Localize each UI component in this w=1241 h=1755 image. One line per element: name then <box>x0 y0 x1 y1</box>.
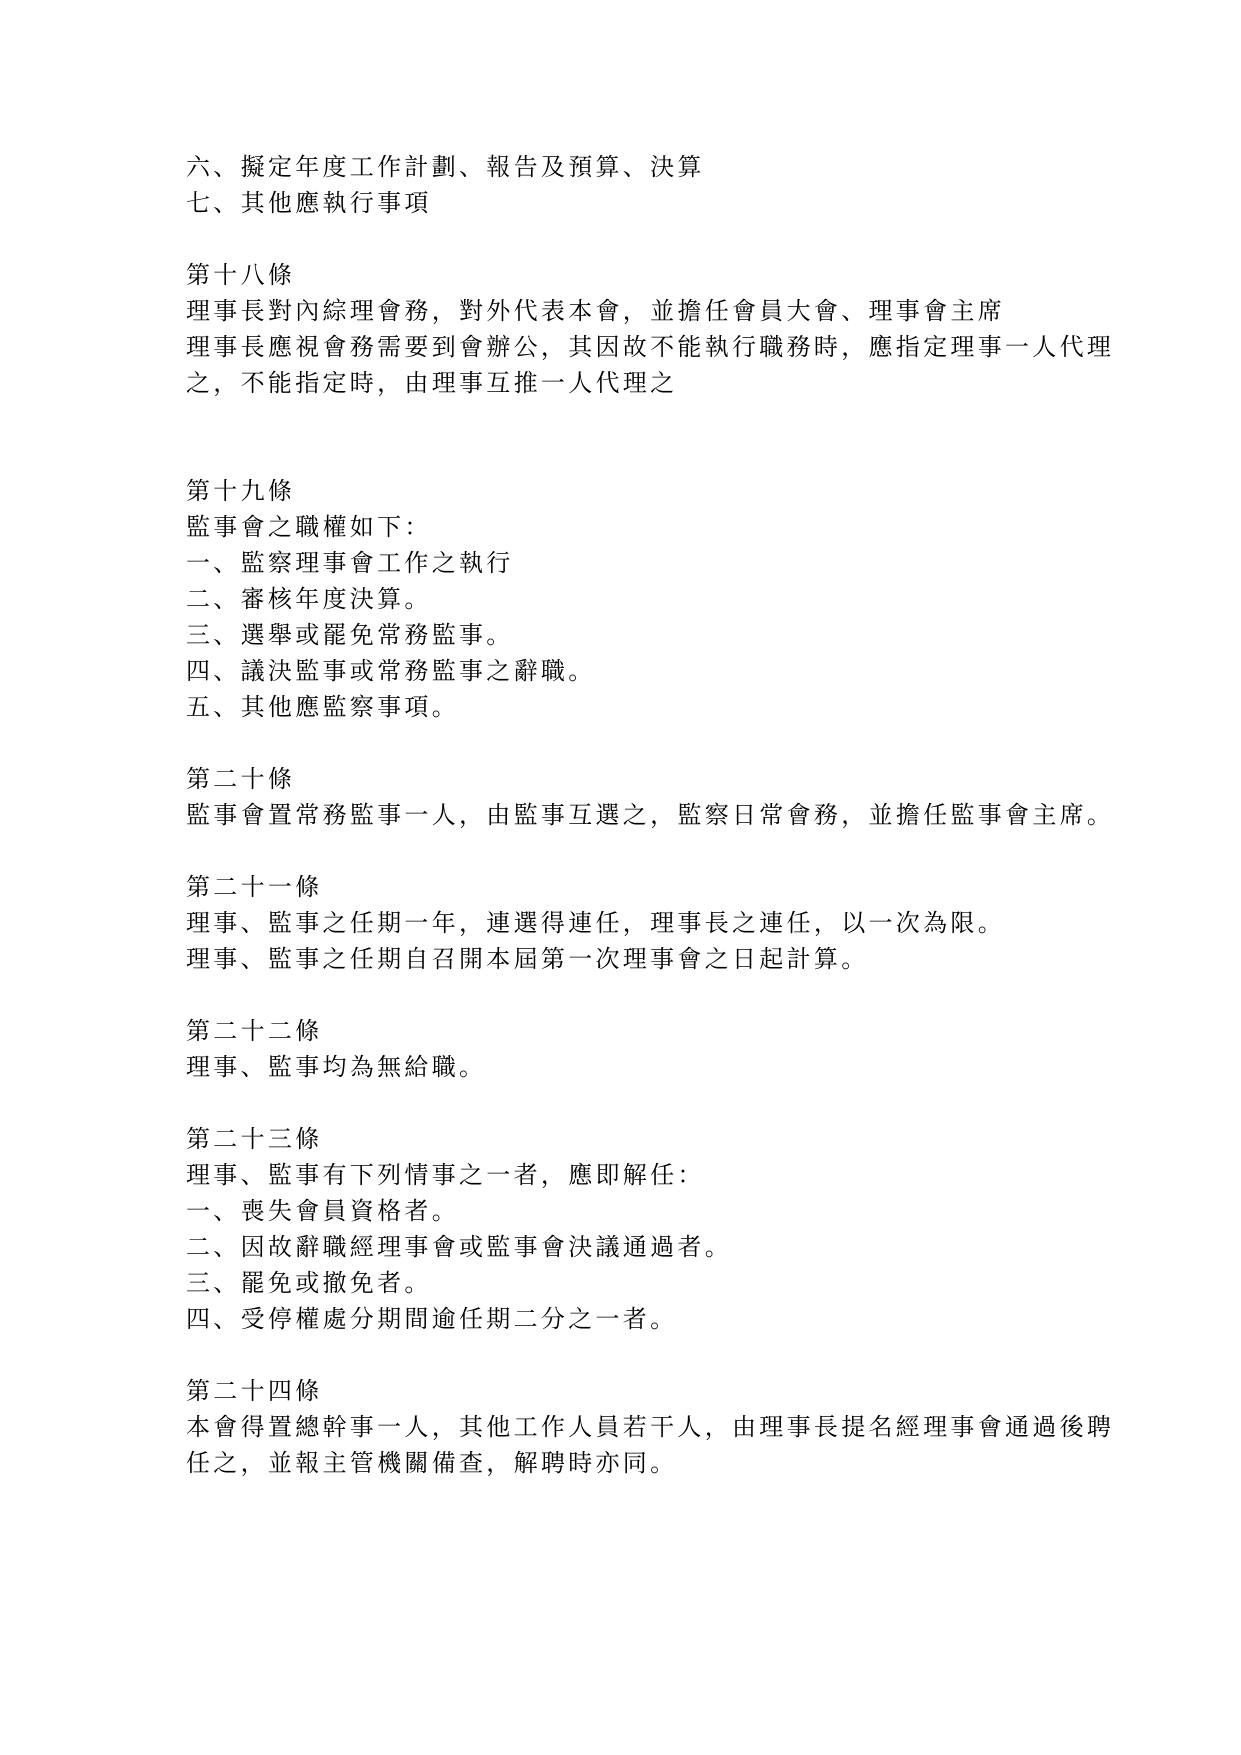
article-heading: 第二十二條 <box>186 1014 1146 1050</box>
text-line: 一、喪失會員資格者。 <box>186 1194 1146 1230</box>
text-line: 理事、監事均為無給職。 <box>186 1050 1146 1086</box>
document-page: 六、擬定年度工作計劃、報告及預算、決算七、其他應執行事項第十八條理事長對內綜理會… <box>0 0 1241 1755</box>
text-line: 二、因故辭職經理事會或監事會決議通過者。 <box>186 1230 1146 1266</box>
text-line: 三、選舉或罷免常務監事。 <box>186 618 1146 654</box>
text-block: 六、擬定年度工作計劃、報告及預算、決算七、其他應執行事項 <box>186 150 1146 222</box>
article-heading: 第二十三條 <box>186 1122 1146 1158</box>
text-line: 三、罷免或撤免者。 <box>186 1266 1146 1302</box>
text-line: 四、受停權處分期間逾任期二分之一者。 <box>186 1302 1146 1338</box>
article-heading: 第二十一條 <box>186 870 1146 906</box>
article-heading: 第十九條 <box>186 474 1146 510</box>
text-line: 一、監察理事會工作之執行 <box>186 546 1146 582</box>
text-line: 監事會之職權如下： <box>186 510 1146 546</box>
text-line: 理事長對內綜理會務，對外代表本會，並擔任會員大會、理事會主席 <box>186 294 1146 330</box>
text-line: 理事、監事之任期一年，連選得連任，理事長之連任，以一次為限。 <box>186 906 1146 942</box>
article-heading: 第二十條 <box>186 762 1146 798</box>
article-heading: 第十八條 <box>186 258 1146 294</box>
text-line: 理事、監事有下列情事之一者，應即解任： <box>186 1158 1146 1194</box>
article-block: 第二十條監事會置常務監事一人，由監事互選之，監察日常會務，並擔任監事會主席。 <box>186 762 1146 834</box>
text-line: 監事會置常務監事一人，由監事互選之，監察日常會務，並擔任監事會主席。 <box>186 798 1146 834</box>
article-block: 第二十三條理事、監事有下列情事之一者，應即解任：一、喪失會員資格者。二、因故辭職… <box>186 1122 1146 1338</box>
article-block: 第二十二條理事、監事均為無給職。 <box>186 1014 1146 1086</box>
text-line: 之，不能指定時，由理事互推一人代理之 <box>186 366 1146 402</box>
text-line: 五、其他應監察事項。 <box>186 690 1146 726</box>
text-line: 六、擬定年度工作計劃、報告及預算、決算 <box>186 150 1146 186</box>
text-line: 本會得置總幹事一人，其他工作人員若干人，由理事長提名經理事會通過後聘 <box>186 1410 1146 1446</box>
text-line: 四、議決監事或常務監事之辭職。 <box>186 654 1146 690</box>
article-block: 第二十一條理事、監事之任期一年，連選得連任，理事長之連任，以一次為限。理事、監事… <box>186 870 1146 978</box>
text-line: 七、其他應執行事項 <box>186 186 1146 222</box>
article-block: 第十八條理事長對內綜理會務，對外代表本會，並擔任會員大會、理事會主席理事長應視會… <box>186 258 1146 402</box>
text-line: 理事、監事之任期自召開本屆第一次理事會之日起計算。 <box>186 942 1146 978</box>
text-line: 任之，並報主管機關備查，解聘時亦同。 <box>186 1446 1146 1482</box>
document-content: 六、擬定年度工作計劃、報告及預算、決算七、其他應執行事項第十八條理事長對內綜理會… <box>186 150 1146 1482</box>
text-line: 二、審核年度決算。 <box>186 582 1146 618</box>
article-heading: 第二十四條 <box>186 1374 1146 1410</box>
article-block: 第二十四條本會得置總幹事一人，其他工作人員若干人，由理事長提名經理事會通過後聘任… <box>186 1374 1146 1482</box>
text-line: 理事長應視會務需要到會辦公，其因故不能執行職務時，應指定理事一人代理 <box>186 330 1146 366</box>
article-block: 第十九條監事會之職權如下：一、監察理事會工作之執行二、審核年度決算。三、選舉或罷… <box>186 474 1146 726</box>
